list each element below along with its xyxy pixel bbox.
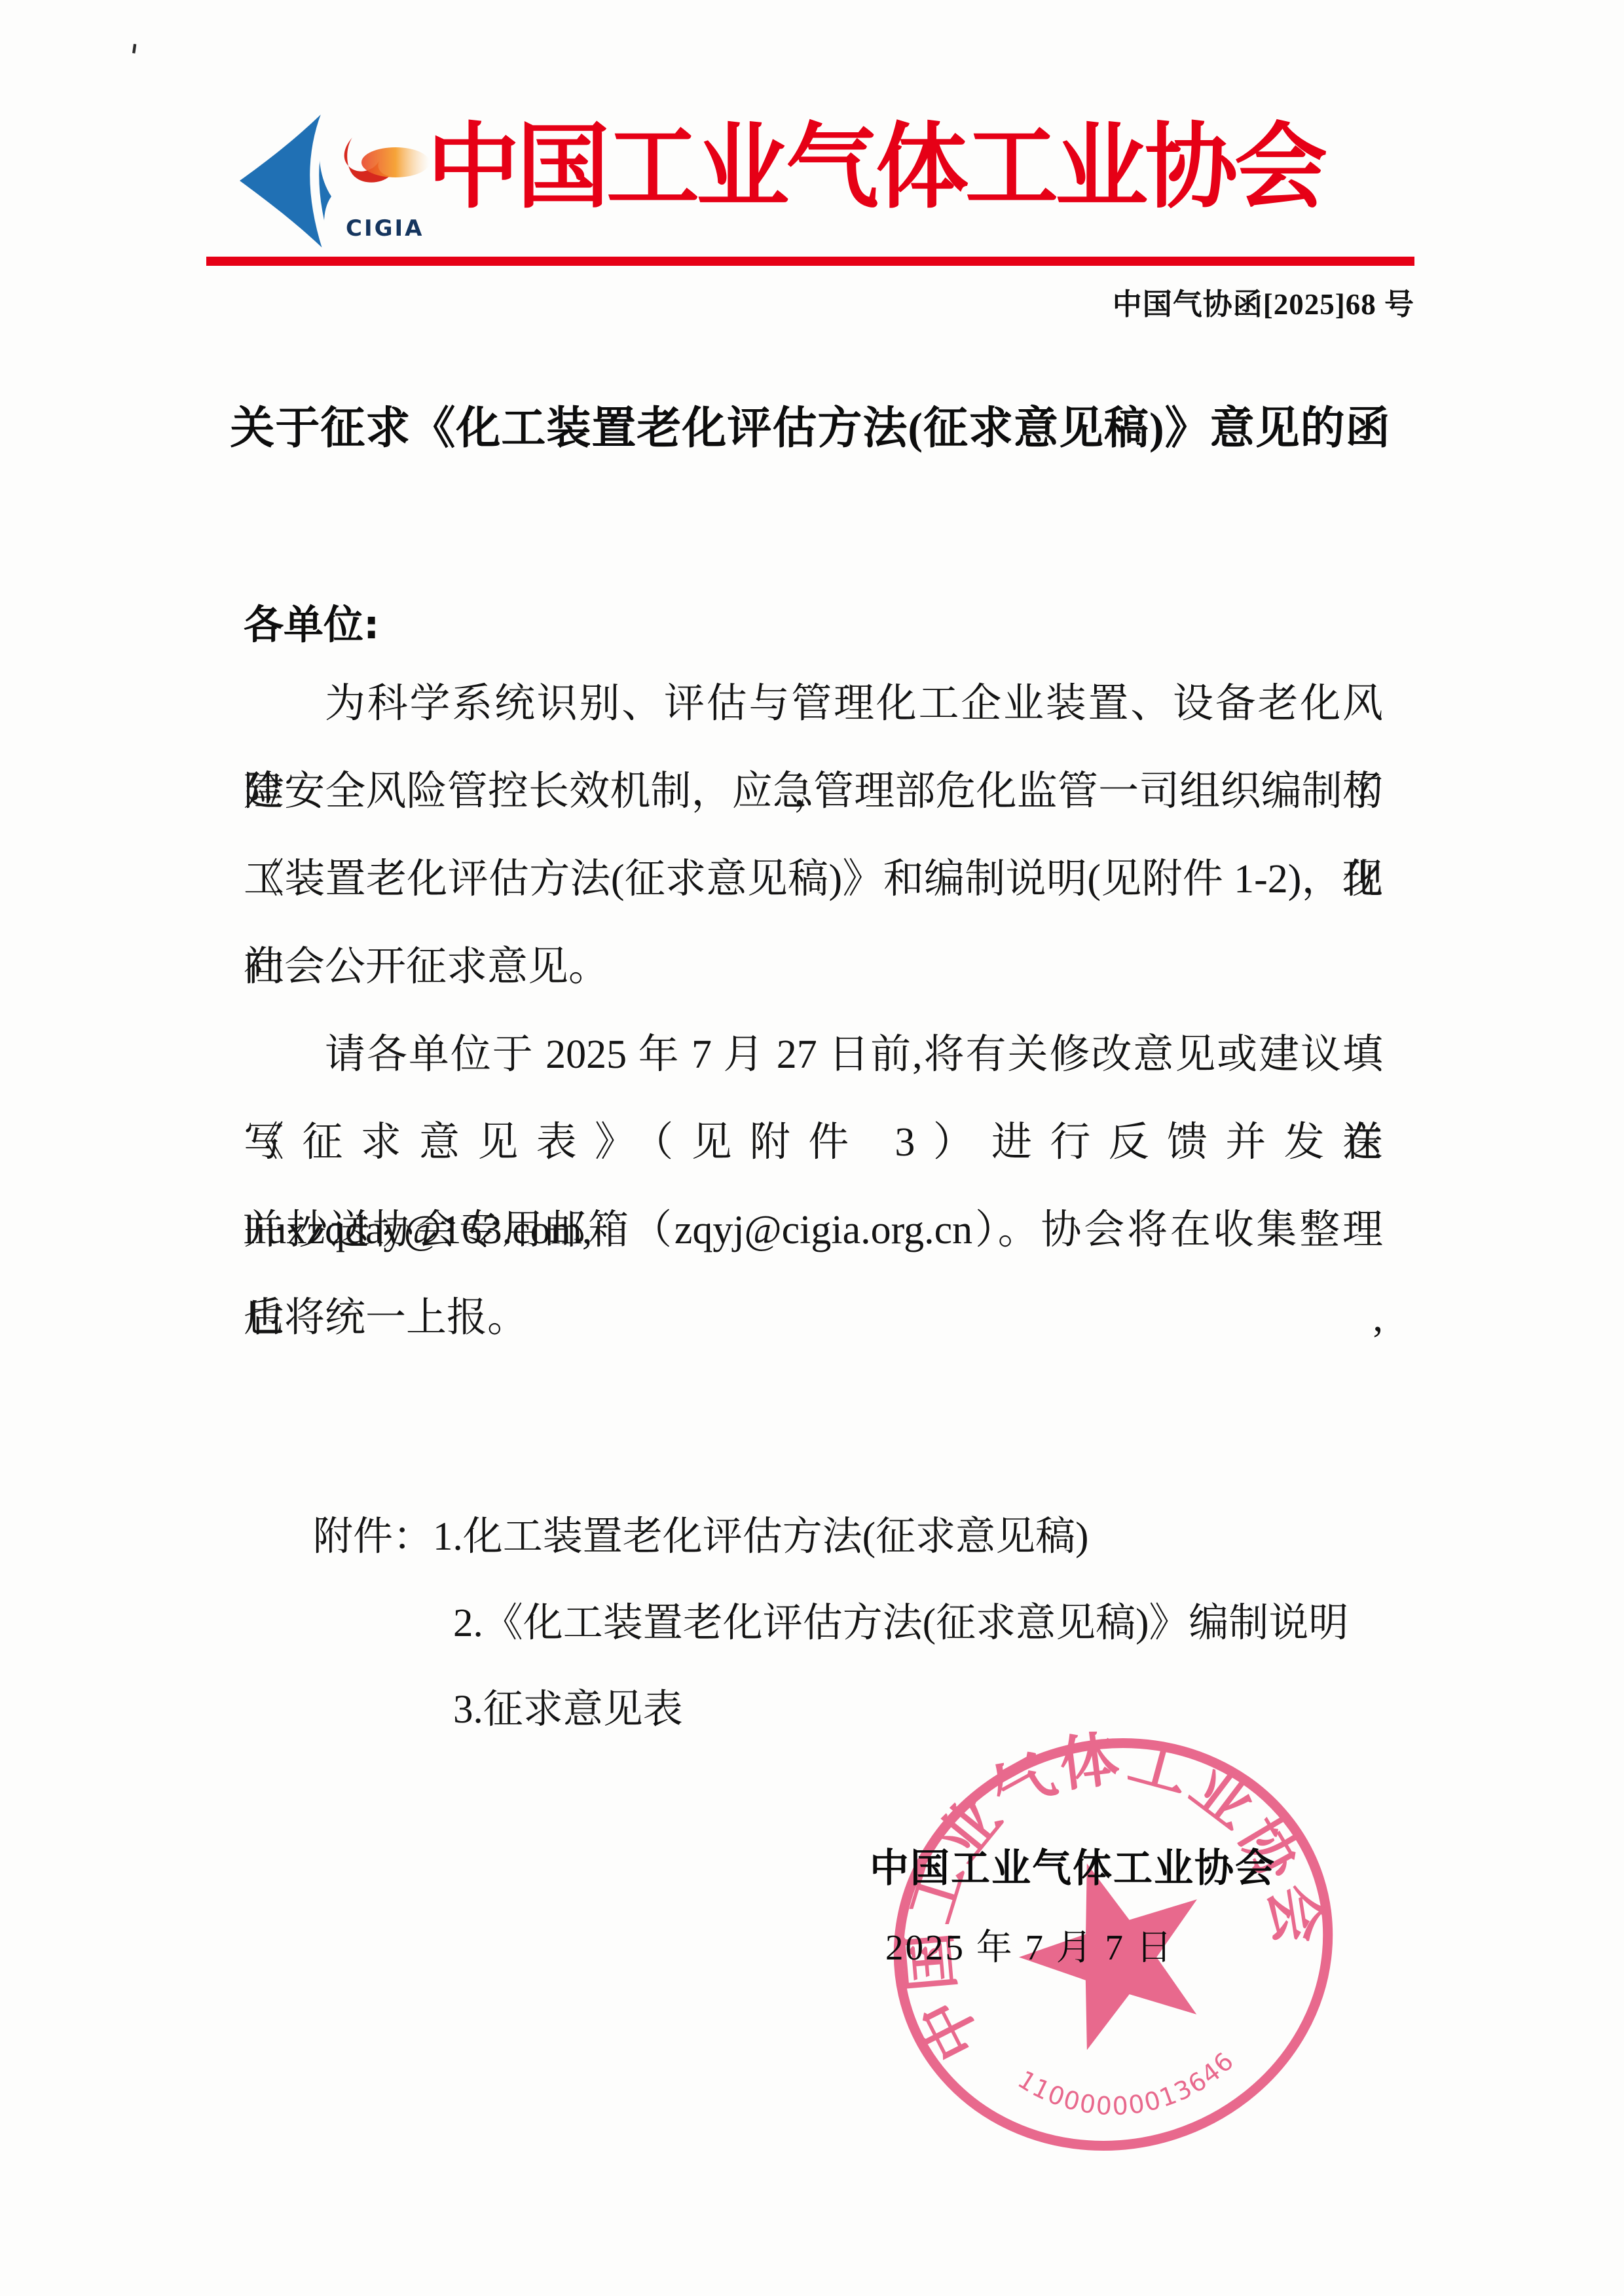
body-line: 社会公开征求意见。 xyxy=(244,923,1383,1011)
body-line: 《征求意见表》（见附件 3）进行反馈并发送 liuxzqday@163.com, xyxy=(244,1099,1383,1186)
body-line: 请各单位于 2025 年 7 月 27 日前,将有关修改意见或建议填写在 xyxy=(244,1011,1383,1099)
attachments-list: 附件：1.化工装置老化评估方法(征求意见稿) 2.《化工装置老化评估方法(征求意… xyxy=(313,1494,1348,1753)
cigia-wordmark: CIGIA xyxy=(346,215,424,242)
body-line: 工装置老化评估方法(征求意见稿)》和编制说明(见附件 1-2)，现向 xyxy=(244,835,1383,923)
scan-artifact: ' xyxy=(126,37,141,77)
document-page: ' CIGIA 中国工业气体工业协会 中国气协函[2025]68 号 关于征求《… xyxy=(0,0,1624,2296)
salutation: 各单位: xyxy=(244,593,379,650)
signature-org: 中国工业气体工业协会 xyxy=(870,1837,1276,1893)
letterhead-org-name: 中国工业气体工业协会 xyxy=(427,117,1324,219)
doc-number: 中国气协函[2025]68 号 xyxy=(786,280,1414,323)
letterhead-rule xyxy=(206,257,1414,266)
body-line: 并抄送协会专用邮箱（zqyj@cigia.org.cn）。协会将在收集整理后, xyxy=(244,1186,1383,1274)
body-text: 为科学系统识别、评估与管理化工企业装置、设备老化风险，构 建安全风险管控长效机制… xyxy=(244,660,1383,1362)
signature-date: 2025 年 7 月 7 日 xyxy=(885,1918,1174,1970)
attachment-item: 2.《化工装置老化评估方法(征求意见稿)》编制说明 xyxy=(313,1580,1348,1667)
body-line: 建安全风险管控长效机制，应急管理部危化监管一司组织编制了《化 xyxy=(244,748,1383,835)
body-line: 为科学系统识别、评估与管理化工企业装置、设备老化风险，构 xyxy=(244,660,1383,748)
cigia-logo: CIGIA xyxy=(231,97,441,261)
attachment-item: 附件：1.化工装置老化评估方法(征求意见稿) xyxy=(313,1494,1348,1580)
document-title: 关于征求《化工装置老化评估方法(征求意见稿)》意见的函 xyxy=(206,393,1414,456)
